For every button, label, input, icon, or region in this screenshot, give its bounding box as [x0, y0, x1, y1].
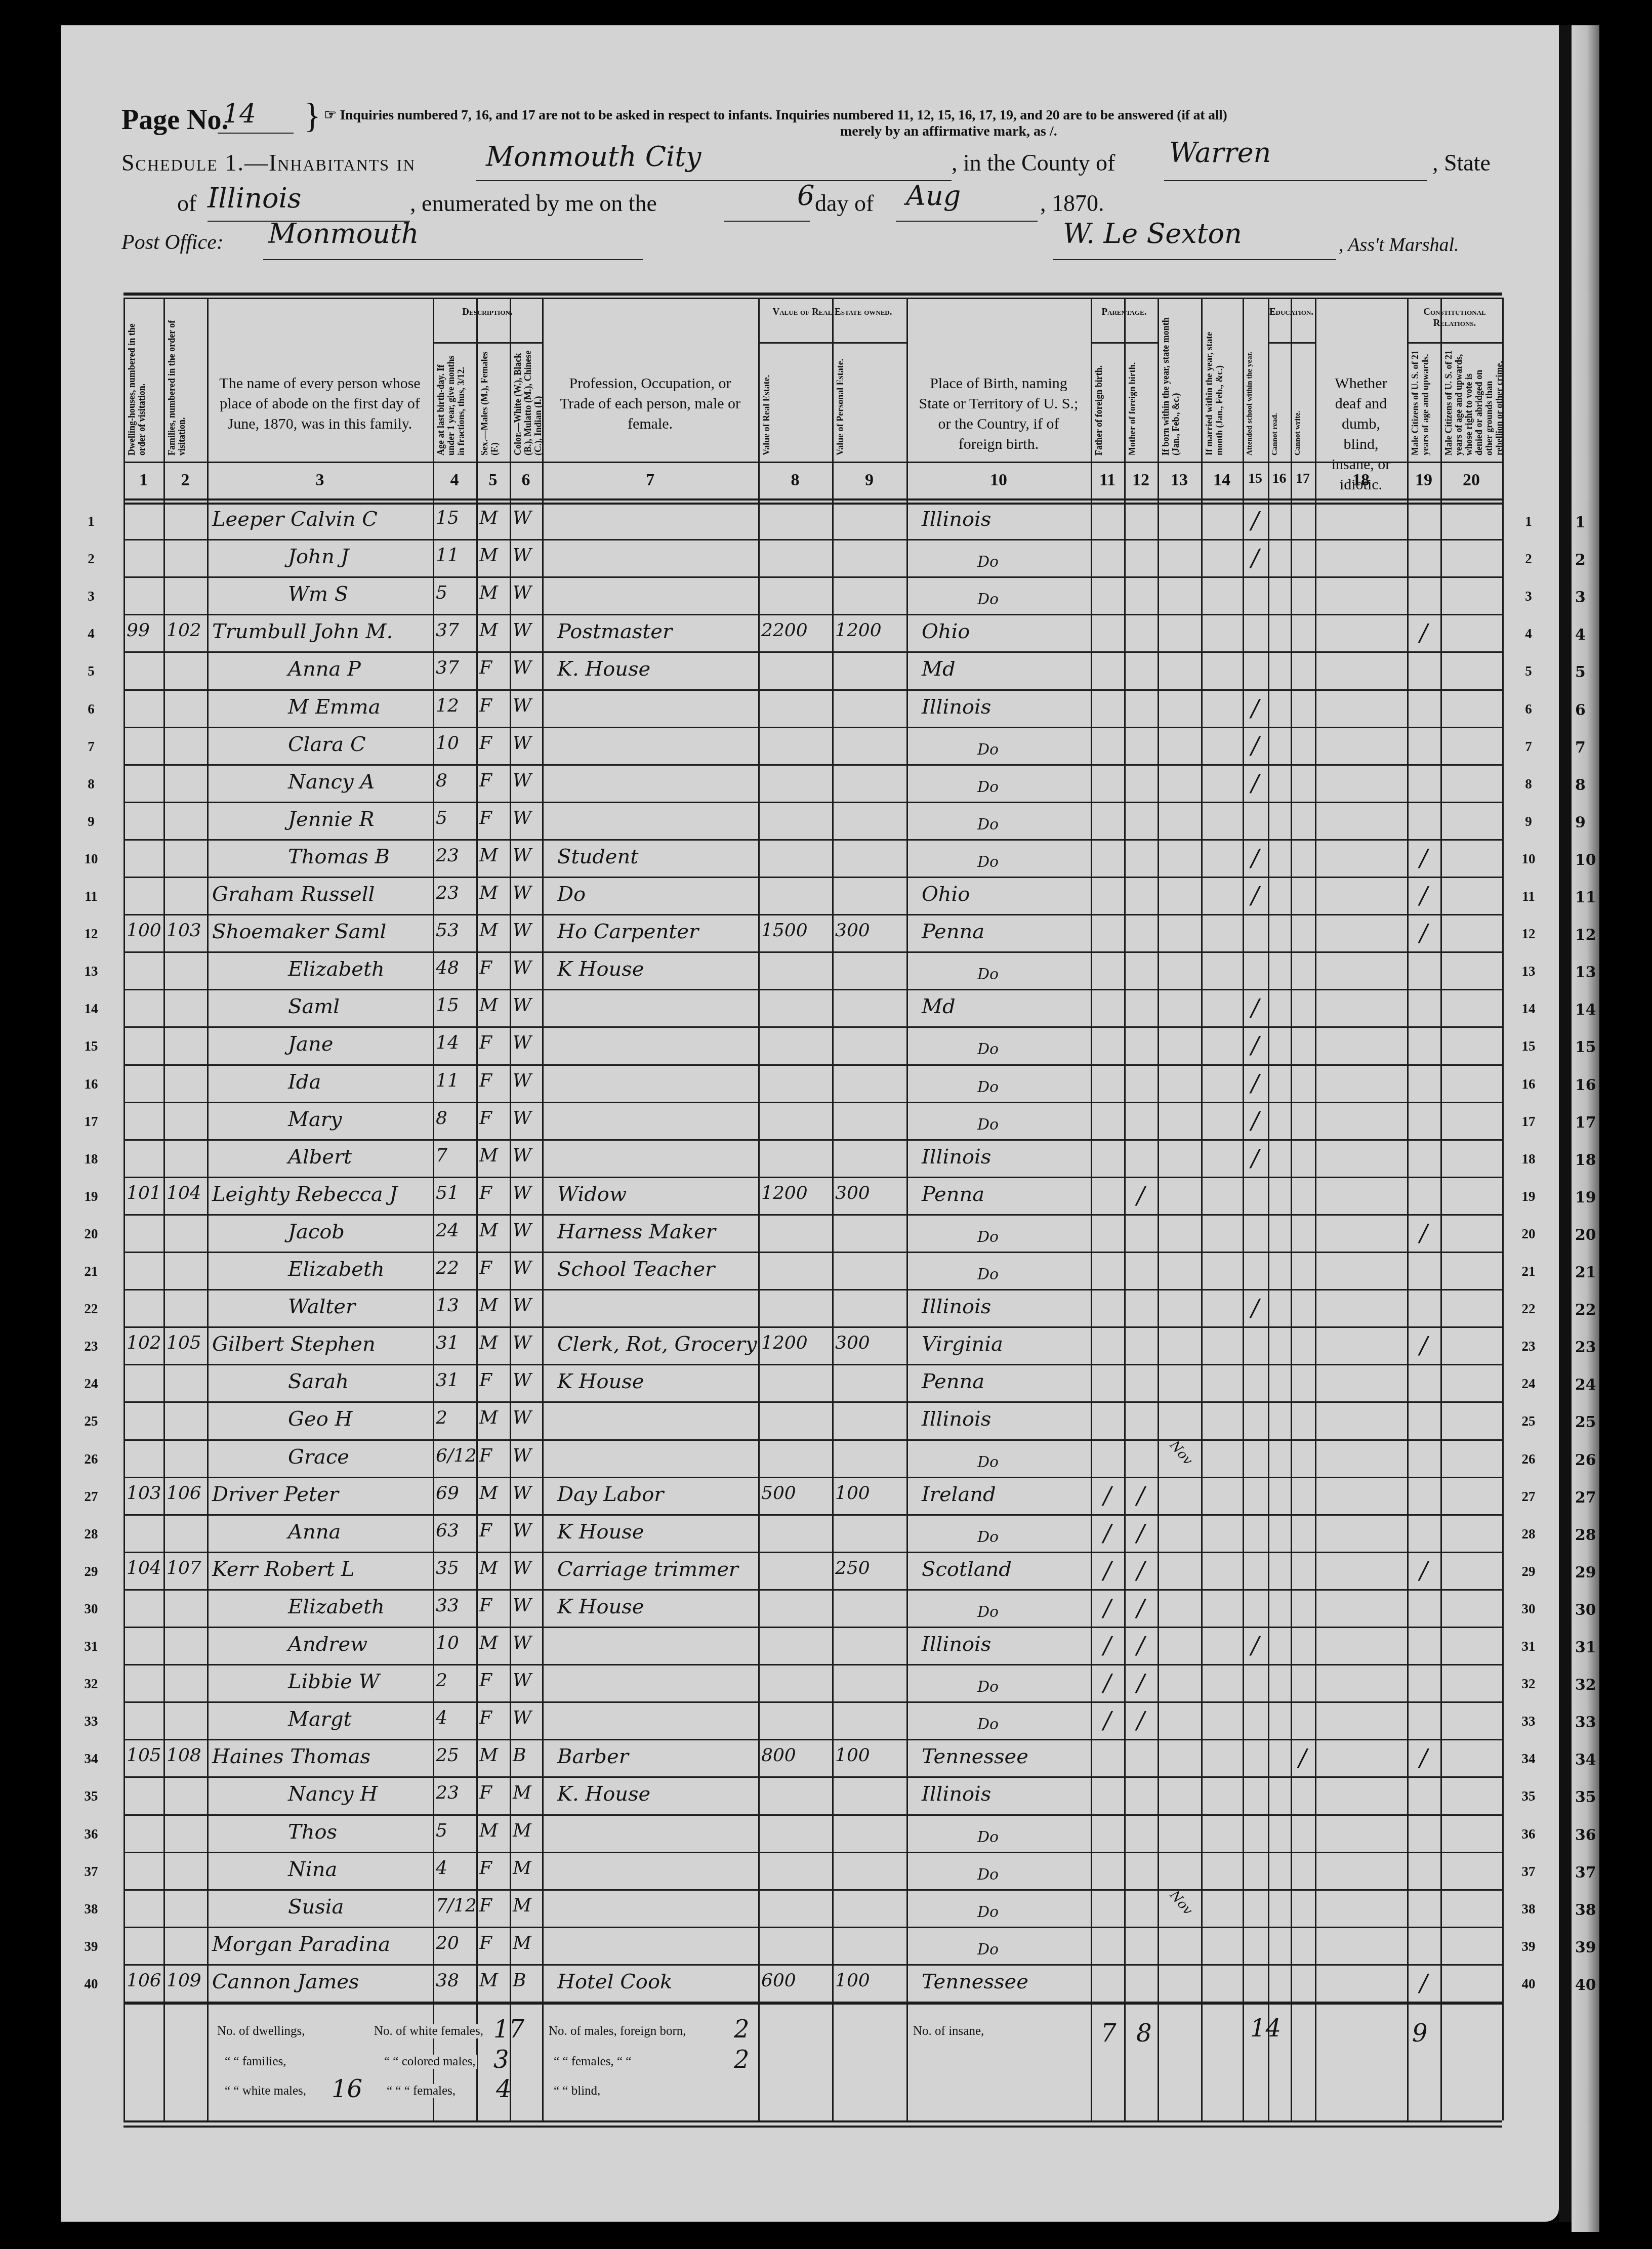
- cell-birthplace: Penna: [922, 1370, 984, 1393]
- line-number-left: 37: [76, 1864, 106, 1880]
- next-page-line-number: 26: [1575, 1451, 1596, 1469]
- cell-age: 51: [436, 1183, 459, 1203]
- cell-occupation: Postmaster: [557, 620, 672, 643]
- marshal-signature: W. Le Sexton: [1063, 218, 1242, 249]
- line-number-left: 23: [76, 1339, 106, 1354]
- cell-birthplace: Illinois: [922, 1782, 991, 1806]
- cell-birthplace: Ohio: [922, 620, 970, 643]
- line-number-left: 2: [76, 551, 106, 567]
- cell-sex: M: [479, 1332, 498, 1353]
- cell-occupation: K. House: [557, 657, 650, 681]
- cell-name: Nancy A: [288, 770, 375, 794]
- month-value: Aug: [906, 180, 961, 212]
- cell-color: W: [513, 1108, 531, 1129]
- column-divider: [1502, 298, 1504, 2120]
- cell-name: Kerr Robert L: [212, 1558, 354, 1581]
- cell-school: /: [1251, 1144, 1259, 1172]
- line-number-left: 28: [76, 1526, 106, 1542]
- cell-birthplace: Tennessee: [922, 1970, 1028, 1993]
- next-page-line-number: 2: [1575, 551, 1586, 569]
- cell-name: Geo H: [288, 1407, 352, 1431]
- cell-sex: M: [479, 1745, 498, 1766]
- cell-color: W: [513, 1483, 531, 1504]
- line-number-left: 24: [76, 1376, 106, 1392]
- cell-family: 103: [167, 920, 201, 941]
- state-value: Illinois: [208, 182, 301, 214]
- line-number-left: 19: [76, 1189, 106, 1204]
- schedule-label: Schedule 1.—Inhabitants in: [121, 149, 416, 176]
- table-row: [123, 1065, 1502, 1103]
- county-label: , in the County of: [952, 149, 1115, 176]
- column-header-9: Value of Personal Estate.: [835, 347, 845, 455]
- cell-sex: F: [479, 657, 492, 678]
- post-office-label: Post Office:: [121, 230, 224, 255]
- cell-birthplace: Do: [977, 1228, 999, 1246]
- cell-birthplace: Do: [977, 1678, 999, 1696]
- cell-family: 107: [167, 1558, 201, 1578]
- line-number-left: 34: [76, 1751, 106, 1767]
- cell-school: /: [1251, 1107, 1259, 1134]
- cell-birthplace: Do: [977, 1453, 999, 1471]
- cell-age: 11: [436, 545, 459, 566]
- cell-family: 105: [167, 1332, 201, 1353]
- cell-name: Jacob: [288, 1220, 345, 1243]
- dwellings-label: No. of dwellings,: [215, 2024, 307, 2038]
- cell-birthplace: Illinois: [922, 1145, 991, 1169]
- cell-color: W: [513, 1407, 531, 1428]
- cell-family: 102: [167, 620, 201, 641]
- cell-birthplace: Do: [977, 1266, 999, 1283]
- cell-color: W: [513, 1520, 531, 1541]
- cell-color: W: [513, 1670, 531, 1691]
- cell-age: 5: [436, 808, 447, 828]
- cell-age: 7/12: [436, 1895, 477, 1916]
- line-number: 3: [1513, 589, 1544, 604]
- cell-school: /: [1251, 694, 1259, 722]
- line-number: 2: [1513, 551, 1544, 567]
- cell-sex: M: [479, 508, 498, 528]
- cell-age: 23: [436, 845, 459, 866]
- line-number-left: 10: [76, 851, 106, 867]
- next-page-line-number: 22: [1575, 1301, 1596, 1319]
- cell-age: 10: [436, 733, 459, 754]
- line-number: 4: [1513, 626, 1544, 642]
- month-underline: [896, 221, 1038, 222]
- cell-color: M: [513, 1858, 531, 1879]
- cell-mother-foreign: /: [1137, 1482, 1145, 1509]
- next-page-line-number: 20: [1575, 1226, 1596, 1244]
- marshal-label: , Ass't Marshal.: [1339, 234, 1459, 256]
- cell-dwelling: 106: [127, 1970, 161, 1991]
- cell-color: W: [513, 1633, 531, 1653]
- line-number: 29: [1513, 1564, 1544, 1579]
- next-page-line-number: 10: [1575, 851, 1596, 869]
- cell-age: 8: [436, 1108, 447, 1129]
- cell-occupation: School Teacher: [557, 1258, 715, 1281]
- cell-name: Albert: [288, 1145, 352, 1169]
- line-number: 37: [1513, 1864, 1544, 1880]
- next-page-line-number: 16: [1575, 1076, 1596, 1094]
- cell-occupation: Day Labor: [557, 1483, 664, 1506]
- cell-school: /: [1251, 994, 1259, 1021]
- cell-citizen: /: [1420, 919, 1428, 946]
- line-number-left: 5: [76, 663, 106, 679]
- cell-name: Morgan Paradina: [212, 1933, 390, 1956]
- cell-birthplace: Ohio: [922, 883, 970, 906]
- place-underline: [476, 180, 952, 181]
- line-number: 22: [1513, 1301, 1544, 1317]
- cell-age: 2: [436, 1670, 447, 1691]
- next-page-line-number: 14: [1575, 1001, 1596, 1019]
- line-number: 33: [1513, 1714, 1544, 1729]
- cell-sex: M: [479, 995, 498, 1016]
- column-number-19: 19: [1407, 471, 1440, 490]
- cell-birthplace: Do: [977, 741, 999, 759]
- header-rule: [123, 462, 1502, 463]
- next-page-line-number: 15: [1575, 1038, 1596, 1056]
- line-number: 11: [1513, 889, 1544, 904]
- next-page-line-number: 38: [1575, 1901, 1596, 1919]
- next-page-line-number: 7: [1575, 739, 1586, 757]
- colored-females-label: “ “ “ females,: [385, 2084, 458, 2098]
- cell-sex: F: [479, 1032, 492, 1053]
- cell-occupation: Widow: [557, 1183, 627, 1206]
- cell-age: 53: [436, 920, 459, 941]
- line-number-left: 39: [76, 1939, 106, 1954]
- colored-males-label: “ “ colored males,: [382, 2055, 477, 2069]
- next-page-line-number: 1: [1575, 514, 1586, 531]
- cell-cannot-write: /: [1299, 1744, 1307, 1771]
- line-number-left: 4: [76, 626, 106, 642]
- totals-bottom-rule: [123, 2120, 1502, 2122]
- cell-dwelling: 101: [127, 1183, 161, 1203]
- column-number-12: 12: [1124, 471, 1158, 490]
- column-number-20: 20: [1440, 471, 1502, 490]
- next-page-line-number: 30: [1575, 1601, 1596, 1619]
- cell-birthplace: Illinois: [922, 508, 991, 531]
- next-page-line-number: 3: [1575, 589, 1586, 606]
- cell-occupation: Barber: [557, 1745, 629, 1768]
- cell-age: 5: [436, 1820, 447, 1841]
- cell-birthplace: Do: [977, 1040, 999, 1058]
- next-page-line-number: 6: [1575, 701, 1586, 719]
- cell-personal-estate: 100: [835, 1483, 870, 1504]
- cell-name: John J: [288, 545, 349, 568]
- line-number: 17: [1513, 1114, 1544, 1130]
- column-number-10: 10: [906, 471, 1091, 490]
- cell-age: 22: [436, 1258, 459, 1278]
- cell-age: 31: [436, 1332, 459, 1353]
- table-top-rule: [123, 293, 1502, 296]
- table-top-rule-2: [123, 298, 1502, 299]
- cell-color: M: [513, 1933, 531, 1953]
- next-page-line-number: 13: [1575, 964, 1596, 981]
- next-page-line-number: 32: [1575, 1676, 1596, 1694]
- cell-name: Ida: [288, 1070, 321, 1094]
- cell-mother-foreign: /: [1137, 1594, 1145, 1621]
- cell-color: W: [513, 1370, 531, 1391]
- cell-name: Wm S: [288, 582, 348, 606]
- cell-birthplace: Illinois: [922, 1633, 991, 1656]
- cell-color: W: [513, 733, 531, 754]
- group-rule: [758, 342, 906, 344]
- white-females-value: 17: [493, 2015, 524, 2044]
- line-number: 14: [1513, 1001, 1544, 1017]
- cell-color: W: [513, 770, 531, 791]
- cell-name: M Emma: [288, 695, 381, 719]
- cell-age: 63: [436, 1520, 459, 1541]
- line-number-left: 20: [76, 1226, 106, 1242]
- column-header-13: If born within the year, state month (Ja…: [1161, 305, 1181, 455]
- cell-name: Anna P: [288, 657, 361, 681]
- cell-color: W: [513, 1258, 531, 1278]
- cell-birthplace: Do: [977, 1603, 999, 1621]
- insane-label: No. of insane,: [911, 2024, 986, 2038]
- column-header-10: Place of Birth, naming State or Territor…: [916, 373, 1082, 454]
- col19-total: 9: [1412, 2019, 1428, 2048]
- line-number: 21: [1513, 1264, 1544, 1279]
- cell-name: Thos: [288, 1820, 337, 1844]
- cell-color: W: [513, 508, 531, 528]
- cell-age: 31: [436, 1370, 459, 1391]
- cell-sex: M: [479, 883, 498, 903]
- column-number-9: 9: [832, 471, 906, 490]
- line-number-left: 38: [76, 1901, 106, 1917]
- cell-age: 37: [436, 620, 459, 641]
- cell-age: 4: [436, 1707, 447, 1728]
- cell-sex: F: [479, 1595, 492, 1616]
- cell-school: /: [1251, 769, 1259, 797]
- cell-color: W: [513, 1183, 531, 1203]
- next-page-line-number: 24: [1575, 1376, 1596, 1394]
- next-page-line-number: 37: [1575, 1864, 1596, 1882]
- cell-sex: F: [479, 1258, 492, 1278]
- cell-birthplace: Do: [977, 1941, 999, 1959]
- cell-occupation: K House: [557, 1595, 644, 1618]
- line-number: 39: [1513, 1939, 1544, 1954]
- line-number: 28: [1513, 1526, 1544, 1542]
- cell-name: Libbie W: [288, 1670, 380, 1693]
- cell-birthplace: Virginia: [922, 1332, 1003, 1356]
- white-females-label: No. of white females,: [372, 2024, 485, 2038]
- line-number: 31: [1513, 1639, 1544, 1654]
- cell-occupation: K House: [557, 1370, 644, 1393]
- cell-age: 23: [436, 1782, 459, 1803]
- line-number: 38: [1513, 1901, 1544, 1917]
- value-group-header: Value of Real Estate owned.: [758, 307, 906, 318]
- cell-age: 8: [436, 770, 447, 791]
- line-number: 20: [1513, 1226, 1544, 1242]
- cell-father-foreign: /: [1103, 1557, 1111, 1584]
- column-header-12: Mother of foreign birth.: [1127, 347, 1137, 455]
- cell-personal-estate: 250: [835, 1558, 870, 1578]
- line-number: 16: [1513, 1076, 1544, 1092]
- col12-total: 8: [1136, 2019, 1152, 2048]
- cell-personal-estate: 300: [835, 920, 870, 941]
- cell-age: 33: [436, 1595, 459, 1616]
- cell-color: W: [513, 1445, 531, 1466]
- cell-name: Leeper Calvin C: [212, 508, 378, 531]
- line-number-left: 27: [76, 1489, 106, 1505]
- cell-sex: F: [479, 1108, 492, 1129]
- day-value: 6: [797, 180, 814, 212]
- cell-age: 15: [436, 508, 459, 528]
- cell-name: Clara C: [288, 733, 366, 756]
- column-header-3: The name of every person whose place of …: [216, 373, 424, 434]
- line-number-left: 35: [76, 1788, 106, 1804]
- cell-birthplace: Illinois: [922, 1295, 991, 1318]
- next-page-line-number: 11: [1575, 889, 1596, 906]
- marshal-underline: [1053, 259, 1336, 260]
- cell-occupation: Ho Carpenter: [557, 920, 698, 943]
- column-header-8: Value of Real Estate.: [761, 347, 771, 455]
- line-number-left: 33: [76, 1714, 106, 1729]
- cell-name: Haines Thomas: [212, 1745, 370, 1768]
- cell-citizen: /: [1420, 1557, 1428, 1584]
- cell-personal-estate: 300: [835, 1183, 870, 1203]
- cell-birthplace: Do: [977, 1903, 999, 1921]
- cell-sex: F: [479, 1707, 492, 1728]
- cell-color: W: [513, 957, 531, 978]
- cell-sex: M: [479, 1820, 498, 1841]
- line-number: 24: [1513, 1376, 1544, 1392]
- column-number-14: 14: [1201, 471, 1243, 490]
- instructions-notice: ☞ Inquiries numbered 7, 16, and 17 are n…: [324, 106, 1227, 123]
- cell-real-estate: 600: [761, 1970, 796, 1991]
- line-number: 10: [1513, 851, 1544, 867]
- cell-birthplace: Do: [977, 966, 999, 983]
- cell-name: Nina: [288, 1858, 337, 1881]
- cell-name: Leighty Rebecca J: [212, 1183, 397, 1206]
- column-header-15: Attended school within the year.: [1246, 305, 1254, 455]
- col11-total: 7: [1101, 2019, 1117, 2048]
- parentage-group-header: Parentage.: [1091, 307, 1158, 318]
- page-brace: }: [304, 96, 321, 137]
- education-group-header: Education.: [1268, 307, 1315, 318]
- cell-color: M: [513, 1895, 531, 1916]
- column-header-7: Profession, Occupation, or Trade of each…: [551, 373, 749, 434]
- cell-occupation: Carriage trimmer: [557, 1558, 738, 1581]
- line-number: 1: [1513, 514, 1544, 529]
- cell-color: W: [513, 1032, 531, 1053]
- cell-age: 13: [436, 1295, 459, 1316]
- line-number: 26: [1513, 1451, 1544, 1467]
- line-number: 40: [1513, 1976, 1544, 1992]
- cell-name: Susia: [288, 1895, 344, 1919]
- cell-name: Sarah: [288, 1370, 349, 1393]
- cell-name: Mary: [288, 1108, 342, 1131]
- line-number-left: 14: [76, 1001, 106, 1017]
- cell-citizen: /: [1420, 1969, 1428, 1996]
- line-number: 32: [1513, 1676, 1544, 1692]
- cell-personal-estate: 100: [835, 1745, 870, 1766]
- cell-birthplace: Do: [977, 778, 999, 796]
- line-number-left: 25: [76, 1413, 106, 1429]
- cell-dwelling: 105: [127, 1745, 161, 1766]
- totals-bottom-rule-2: [123, 2126, 1502, 2128]
- next-page-line-number: 18: [1575, 1151, 1596, 1169]
- cell-age: 4: [436, 1858, 447, 1879]
- line-number: 27: [1513, 1489, 1544, 1505]
- cell-age: 6/12: [436, 1445, 477, 1466]
- cell-occupation: Clerk, Rot, Grocery: [557, 1332, 757, 1356]
- cell-sex: F: [479, 1895, 492, 1916]
- cell-sex: F: [479, 1370, 492, 1391]
- cell-citizen: /: [1420, 1219, 1428, 1246]
- column-header-4: Age at last birth-day. If under 1 year, …: [436, 347, 466, 455]
- column-number-16: 16: [1268, 471, 1291, 487]
- cell-color: W: [513, 1220, 531, 1241]
- cell-color: W: [513, 620, 531, 641]
- cell-family: 106: [167, 1483, 201, 1504]
- cell-sex: F: [479, 957, 492, 978]
- column-number-11: 11: [1091, 471, 1124, 490]
- cell-family: 108: [167, 1745, 201, 1766]
- totals-top-rule: [123, 2003, 1502, 2005]
- column-number-1: 1: [123, 471, 163, 490]
- cell-sex: M: [479, 1220, 498, 1241]
- col15-total: 14: [1250, 2014, 1281, 2043]
- cell-name: Margt: [288, 1707, 352, 1731]
- cell-citizen: /: [1420, 844, 1428, 871]
- white-males-value: 16: [332, 2075, 362, 2103]
- county-underline: [1164, 180, 1427, 181]
- cell-name: Cannon James: [212, 1970, 359, 1993]
- next-page-line-number: 36: [1575, 1826, 1596, 1844]
- cell-birthplace: Scotland: [922, 1558, 1012, 1581]
- cell-mother-foreign: /: [1137, 1669, 1145, 1696]
- families-label: “ “ families,: [223, 2055, 288, 2069]
- page-number-value: 14: [223, 99, 256, 129]
- next-page-line-number: 33: [1575, 1714, 1596, 1731]
- line-number: 25: [1513, 1413, 1544, 1429]
- column-number-17: 17: [1291, 471, 1315, 487]
- cell-name: Nancy H: [288, 1782, 378, 1806]
- next-page-line-number: 21: [1575, 1264, 1596, 1281]
- cell-sex: F: [479, 770, 492, 791]
- cell-occupation: K. House: [557, 1782, 650, 1806]
- cell-name: Trumbull John M.: [212, 620, 393, 643]
- cell-dwelling: 103: [127, 1483, 161, 1504]
- cell-family: 109: [167, 1970, 201, 1991]
- cell-color: W: [513, 695, 531, 716]
- next-page-line-number: 35: [1575, 1788, 1596, 1806]
- cell-occupation: Student: [557, 845, 638, 868]
- column-header-5: Sex.—Males (M.), Females (F.): [479, 347, 500, 455]
- next-page-line-number: 34: [1575, 1751, 1596, 1769]
- cell-dwelling: 102: [127, 1332, 161, 1353]
- cell-real-estate: 1200: [761, 1332, 808, 1353]
- cell-school: /: [1251, 732, 1259, 759]
- cell-color: B: [513, 1970, 526, 1991]
- next-page-line-number: 8: [1575, 776, 1586, 794]
- day-underline: [724, 221, 810, 222]
- cell-age: 15: [436, 995, 459, 1016]
- line-number-left: 15: [76, 1038, 106, 1054]
- line-number-left: 16: [76, 1076, 106, 1092]
- cell-citizen: /: [1420, 619, 1428, 646]
- line-number-left: 31: [76, 1639, 106, 1654]
- next-page-line-number: 40: [1575, 1976, 1596, 1994]
- column-header-19: Male Citizens of U. S. of 21 years of ag…: [1410, 347, 1430, 455]
- cell-name: Jane: [288, 1032, 333, 1056]
- column-number-8: 8: [758, 471, 832, 490]
- line-number-left: 18: [76, 1151, 106, 1167]
- line-number-left: 3: [76, 589, 106, 604]
- cell-school: /: [1251, 882, 1259, 909]
- colored-females-value: 4: [496, 2075, 512, 2103]
- state-label: , State: [1432, 149, 1491, 176]
